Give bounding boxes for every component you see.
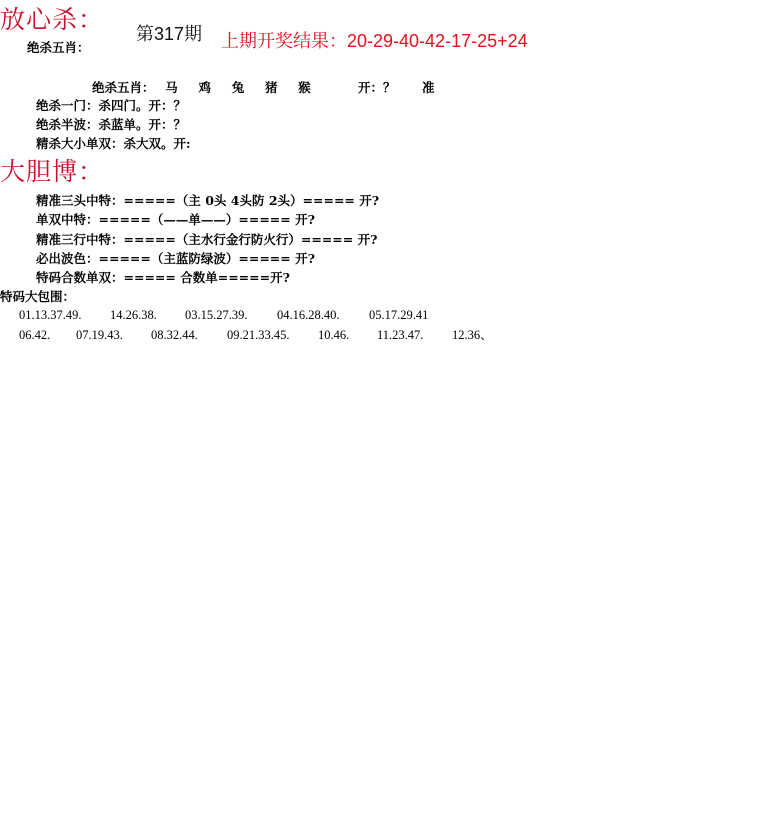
zodiac-item: 猴 [298,80,311,95]
kill-five-sub-label: 绝杀五肖： [27,40,90,56]
baowei-number-group: 11.23.47. [377,327,423,343]
kill-five-accurate: 准 [422,80,435,96]
baowei-number-group: 09.21.33.45. [227,327,290,343]
section-title-dadan: 大胆博： [0,158,104,186]
baowei-number-group: 14.26.38. [110,307,157,323]
baowei-number-group: 03.15.27.39. [185,307,248,323]
section-title-fangxin: 放心杀： [0,6,104,34]
dadan-line-three-elements: 精准三行中特：=====（主水行金行防火行）===== 开? [36,232,377,248]
baowei-number-group: 12.36、 [452,327,493,343]
baowei-number-group: 10.46. [318,327,349,343]
baowei-number-group: 05.17.29.41 [369,307,428,323]
dadan-line-sum-parity: 特码合数单双：===== 合数单=====开? [36,270,290,286]
last-result: 上期开奖结果：20-29-40-42-17-25+24 [221,27,528,53]
kill-size-parity-line: 精杀大小单双：杀大双。开: [36,136,191,152]
baowei-number-group: 08.32.44. [151,327,198,343]
baowei-number-group: 07.19.43. [76,327,123,343]
kill-five-zodiac-line: 绝杀五肖： 马 鸡 兔 猪 猴 [92,80,311,96]
issue-number: 第317期 [136,20,202,46]
zodiac-item: 兔 [232,80,245,95]
kill-half-wave-line: 绝杀半波：杀蓝单。开：？ [36,117,186,133]
baowei-number-group: 04.16.28.40. [277,307,340,323]
dadan-line-three-heads: 精准三头中特：=====（主 0头 4头防 2头）===== 开? [36,193,379,209]
section-title-baowei: 特码大包围： [0,289,75,305]
zodiac-item: 鸡 [198,80,211,95]
zodiac-item: 猪 [265,80,278,95]
last-result-label: 上期开奖结果： [221,31,347,51]
kill-door-line: 绝杀一门：杀四门。开：？ [36,98,186,114]
last-result-value: 20-29-40-42-17-25+24 [347,31,528,51]
kill-five-open: 开：？ [358,80,396,96]
baowei-number-group: 01.13.37.49. [19,307,82,323]
dadan-line-wave-color: 必出波色：=====（主蓝防绿波）===== 开? [36,251,315,267]
kill-five-label: 绝杀五肖： [92,80,155,95]
dadan-line-parity: 单双中特：=====（——单——）===== 开? [36,212,315,228]
baowei-number-group: 06.42. [19,327,50,343]
zodiac-item: 马 [165,80,178,95]
